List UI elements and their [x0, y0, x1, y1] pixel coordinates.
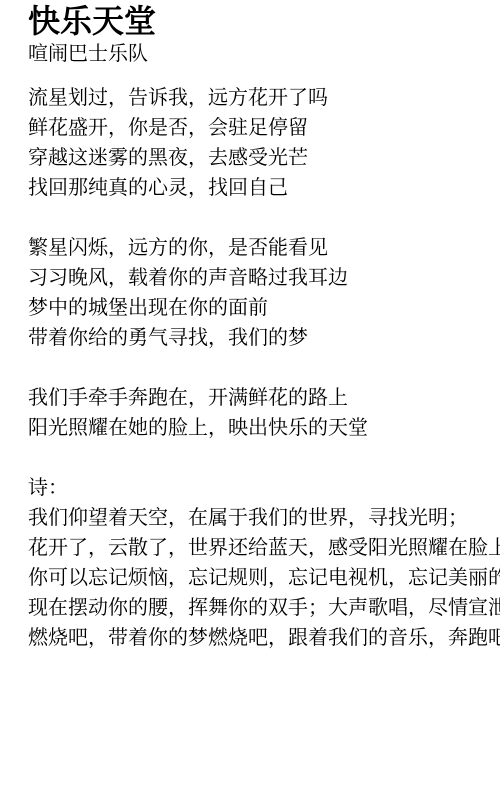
song-artist: 喧闹巴士乐队 [28, 41, 500, 67]
stanza-poem: 诗： 我们仰望着天空，在属于我们的世界，寻找光明； 花开了，云散了，世界还给蓝天… [28, 473, 500, 653]
poem-label: 诗： [28, 473, 500, 503]
stanza-2: 繁星闪烁，远方的你，是否能看见 习习晚风，载着你的声音略过我耳边 梦中的城堡出现… [28, 233, 500, 353]
lyric-line: 花开了，云散了，世界还给蓝天，感受阳光照耀在脸上 [28, 533, 500, 563]
lyric-line: 我们仰望着天空，在属于我们的世界，寻找光明； [28, 503, 500, 533]
lyric-line: 繁星闪烁，远方的你，是否能看见 [28, 233, 500, 263]
lyric-line: 鲜花盛开，你是否，会驻足停留 [28, 113, 500, 143]
lyric-line: 现在摆动你的腰，挥舞你的双手；大声歌唱，尽情宣泄 [28, 593, 500, 623]
stanza-3: 我们手牵手奔跑在，开满鲜花的路上 阳光照耀在她的脸上，映出快乐的天堂 [28, 383, 500, 443]
lyric-line: 阳光照耀在她的脸上，映出快乐的天堂 [28, 413, 500, 443]
lyrics-body: 流星划过，告诉我，远方花开了吗 鲜花盛开，你是否，会驻足停留 穿越这迷雾的黑夜，… [28, 83, 500, 653]
stanza-1: 流星划过，告诉我，远方花开了吗 鲜花盛开，你是否，会驻足停留 穿越这迷雾的黑夜，… [28, 83, 500, 203]
lyrics-page: 快乐天堂 喧闹巴士乐队 流星划过，告诉我，远方花开了吗 鲜花盛开，你是否，会驻足… [0, 0, 500, 790]
lyric-line: 我们手牵手奔跑在，开满鲜花的路上 [28, 383, 500, 413]
lyric-line: 带着你给的勇气寻找，我们的梦 [28, 323, 500, 353]
lyric-line: 燃烧吧，带着你的梦燃烧吧，跟着我们的音乐，奔跑吧 [28, 623, 500, 653]
lyric-line: 穿越这迷雾的黑夜，去感受光芒 [28, 143, 500, 173]
song-title: 快乐天堂 [28, 2, 500, 40]
lyric-line: 梦中的城堡出现在你的面前 [28, 293, 500, 323]
lyric-line: 找回那纯真的心灵，找回自己 [28, 173, 500, 203]
lyric-line: 流星划过，告诉我，远方花开了吗 [28, 83, 500, 113]
lyric-line: 你可以忘记烦恼，忘记规则，忘记电视机，忘记美丽的 [28, 563, 500, 593]
lyric-line: 习习晚风，载着你的声音略过我耳边 [28, 263, 500, 293]
